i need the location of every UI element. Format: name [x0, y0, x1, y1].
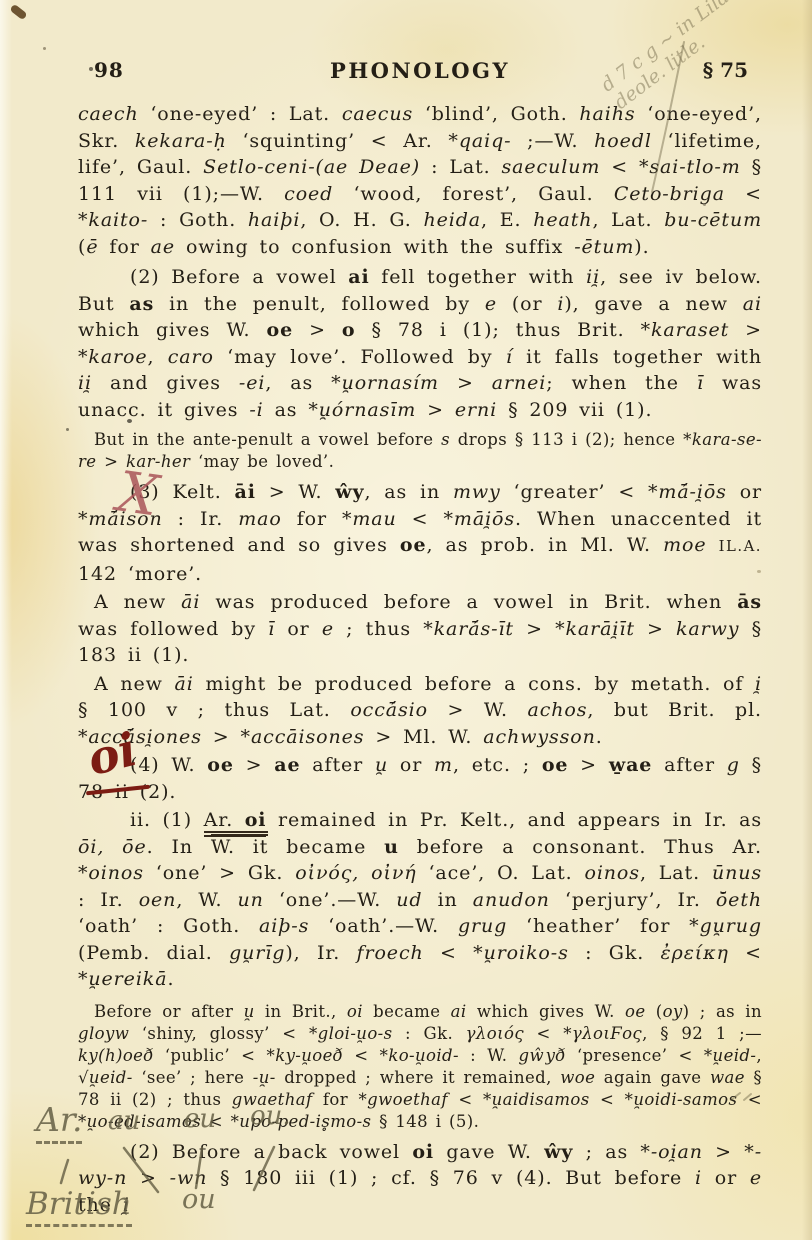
paragraph: Before or after u̯ in Brit., oi became a… — [78, 1001, 762, 1133]
paragraph: ii. (1) Ar. oi remained in Pr. Kelt., an… — [78, 807, 762, 993]
section-number: § 75 — [703, 58, 748, 82]
top-right-pencil-note: d 7 c g ~ in Lila deole. litle. — [597, 0, 812, 114]
paragraph: (3) Kelt. āi > W. ŵy, as in mwy ‘greater… — [78, 479, 762, 587]
paragraph: (2) Before a back vowel oi gave W. ŵy ; … — [78, 1139, 762, 1219]
running-title: PHONOLOGY — [330, 58, 510, 83]
paper-speck — [9, 4, 27, 21]
pencil-tick — [61, 1160, 68, 1183]
page-number: 98 — [94, 58, 124, 82]
scanned-book-page: 98 PHONOLOGY § 75 caech ‘one-eyed’ : Lat… — [0, 0, 812, 1240]
paragraph: (2) Before a vowel ai fell together with… — [78, 264, 762, 423]
page-header: 98 PHONOLOGY § 75 — [78, 58, 762, 88]
text-block: caech ‘one-eyed’ : Lat. caecus ‘blind’, … — [78, 101, 762, 1218]
paragraph: A new āi was produced before a vowel in … — [78, 589, 762, 669]
paragraph: (4) W. oe > ae after u̯ or m, etc. ; oe … — [78, 752, 762, 805]
paper-speck — [43, 47, 46, 50]
bottom-note-ar: Ar. — [36, 1100, 82, 1144]
paragraph: caech ‘one-eyed’ : Lat. caecus ‘blind’, … — [78, 101, 762, 260]
paper-speck — [66, 428, 69, 431]
paragraph: A new āi might be produced before a cons… — [78, 671, 762, 751]
pencil-note-line: deole. litle. — [610, 0, 812, 114]
paragraph: But in the ante-penult a vowel before s … — [78, 429, 762, 473]
